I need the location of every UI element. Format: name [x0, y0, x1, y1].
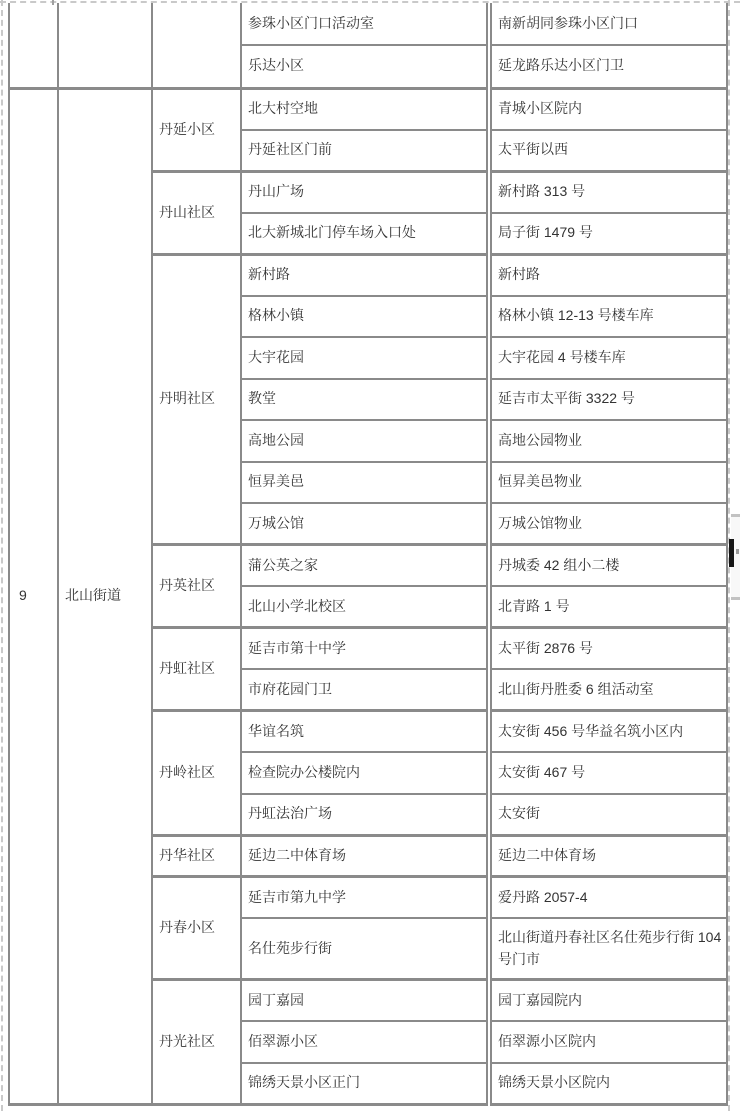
- site-cell: 乐达小区: [241, 45, 489, 88]
- community-cell: 丹岭社区: [152, 711, 241, 836]
- row-number-cell: 9: [9, 88, 58, 1104]
- address-cell: 北青路 1 号: [489, 586, 727, 628]
- site-cell: 参珠小区门口活动室: [241, 3, 489, 45]
- address-cell: 大宇花园 4 号楼车库: [489, 337, 727, 379]
- table-row: 参珠小区门口活动室南新胡同参珠小区门口: [9, 3, 727, 45]
- site-cell: 高地公园: [241, 420, 489, 462]
- site-cell: 北大村空地: [241, 88, 489, 130]
- address-cell: 万城公馆物业: [489, 503, 727, 545]
- address-cell: 太平街 2876 号: [489, 628, 727, 670]
- locations-table: 参珠小区门口活动室南新胡同参珠小区门口乐达小区延龙路乐达小区门卫9北山街道丹延小…: [8, 3, 728, 1106]
- site-cell: 华谊名筑: [241, 711, 489, 753]
- community-cell: 丹春小区: [152, 877, 241, 980]
- community-cell: 丹延小区: [152, 88, 241, 171]
- site-cell: 格林小镇: [241, 296, 489, 338]
- community-cell: 丹光社区: [152, 980, 241, 1105]
- address-cell: 恒昇美邑物业: [489, 462, 727, 504]
- table-row: 9北山街道丹延小区北大村空地青城小区院内: [9, 88, 727, 130]
- community-cell: 丹华社区: [152, 835, 241, 877]
- site-cell: 大宇花园: [241, 337, 489, 379]
- site-cell: 名仕苑步行街: [241, 918, 489, 980]
- address-cell: 太安街 456 号华益名筑小区内: [489, 711, 727, 753]
- site-cell: 检查院办公楼院内: [241, 752, 489, 794]
- community-cell: 丹山社区: [152, 171, 241, 254]
- empty-number-cell: [9, 3, 58, 88]
- empty-street-cell: [58, 3, 152, 88]
- address-cell: 南新胡同参珠小区门口: [489, 3, 727, 45]
- community-cell: 丹英社区: [152, 545, 241, 628]
- address-cell: 局子街 1479 号: [489, 213, 727, 255]
- site-cell: 丹山广场: [241, 171, 489, 213]
- site-cell: 园丁嘉园: [241, 980, 489, 1022]
- address-cell: 北山街丹胜委 6 组活动室: [489, 669, 727, 711]
- locations-table-body: 参珠小区门口活动室南新胡同参珠小区门口乐达小区延龙路乐达小区门卫9北山街道丹延小…: [9, 3, 727, 1104]
- document-page: 参珠小区门口活动室南新胡同参珠小区门口乐达小区延龙路乐达小区门卫9北山街道丹延小…: [0, 0, 740, 1111]
- address-cell: 延吉市太平街 3322 号: [489, 379, 727, 421]
- empty-community-cell: [152, 3, 241, 88]
- site-cell: 锦绣天景小区正门: [241, 1063, 489, 1105]
- site-cell: 北大新城北门停车场入口处: [241, 213, 489, 255]
- address-cell: 高地公园物业: [489, 420, 727, 462]
- street-cell: 北山街道: [58, 88, 152, 1104]
- address-cell: 新村路: [489, 254, 727, 296]
- address-cell: 丹城委 42 组小二楼: [489, 545, 727, 587]
- site-cell: 延吉市第九中学: [241, 877, 489, 919]
- scrollbar-thumb[interactable]: [729, 539, 734, 567]
- address-cell: 爱丹路 2057-4: [489, 877, 727, 919]
- site-cell: 恒昇美邑: [241, 462, 489, 504]
- address-cell: 佰翠源小区院内: [489, 1021, 727, 1063]
- scrollbar-handle-dot: [736, 549, 739, 554]
- address-cell: 新村路 313 号: [489, 171, 727, 213]
- site-cell: 教堂: [241, 379, 489, 421]
- site-cell: 市府花园门卫: [241, 669, 489, 711]
- address-cell: 青城小区院内: [489, 88, 727, 130]
- address-cell: 北山街道丹春社区名仕苑步行街 104 号门市: [489, 918, 727, 980]
- site-cell: 丹延社区门前: [241, 130, 489, 172]
- community-cell: 丹虹社区: [152, 628, 241, 711]
- address-cell: 延龙路乐达小区门卫: [489, 45, 727, 88]
- site-cell: 万城公馆: [241, 503, 489, 545]
- address-cell: 延边二中体育场: [489, 835, 727, 877]
- address-cell: 太安街: [489, 794, 727, 836]
- site-cell: 佰翠源小区: [241, 1021, 489, 1063]
- site-cell: 延边二中体育场: [241, 835, 489, 877]
- address-cell: 格林小镇 12-13 号楼车库: [489, 296, 727, 338]
- site-cell: 北山小学北校区: [241, 586, 489, 628]
- address-cell: 太安街 467 号: [489, 752, 727, 794]
- page-boundary-left: [1, 0, 3, 1111]
- address-cell: 锦绣天景小区院内: [489, 1063, 727, 1105]
- site-cell: 蒲公英之家: [241, 545, 489, 587]
- site-cell: 延吉市第十中学: [241, 628, 489, 670]
- site-cell: 丹虹法治广场: [241, 794, 489, 836]
- community-cell: 丹明社区: [152, 254, 241, 545]
- site-cell: 新村路: [241, 254, 489, 296]
- address-cell: 太平街以西: [489, 130, 727, 172]
- address-cell: 园丁嘉园院内: [489, 980, 727, 1022]
